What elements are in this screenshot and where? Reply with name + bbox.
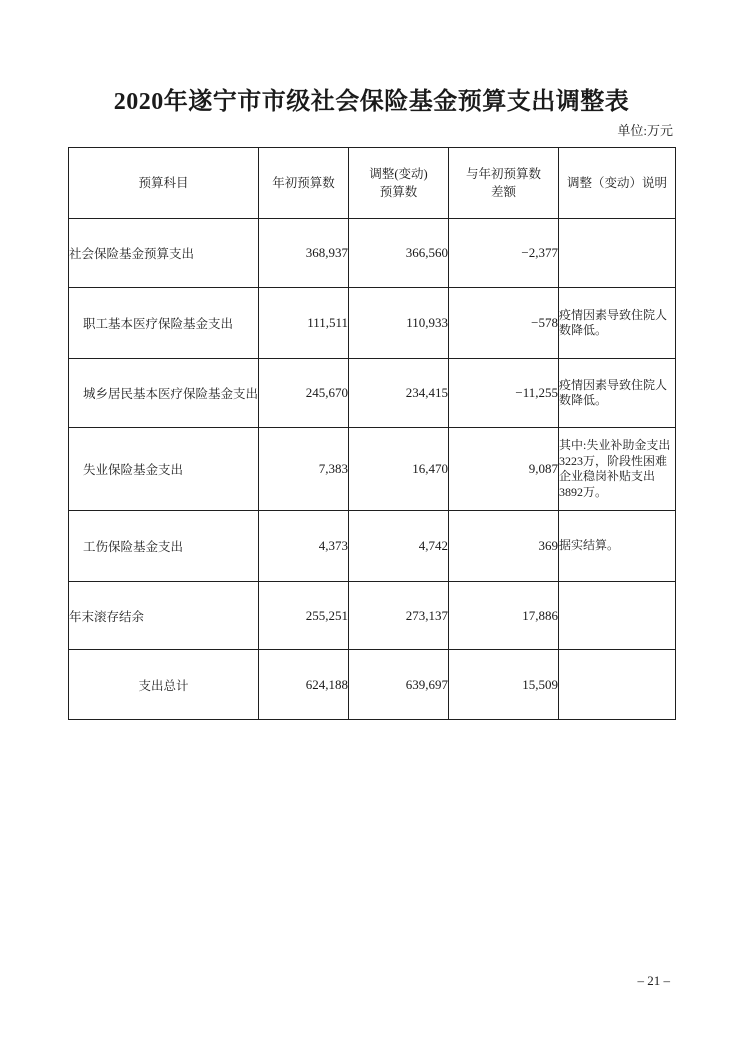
- cell-difference: −578: [449, 288, 559, 359]
- cell-note: [559, 650, 676, 720]
- budget-adjustment-table: 预算科目 年初预算数 调整(变动)预算数 与年初预算数差额 调整（变动）说明 社…: [68, 147, 676, 720]
- cell-note: 疫情因素导致住院人数降低。: [559, 359, 676, 428]
- cell-note: 据实结算。: [559, 511, 676, 582]
- table-row: 年末滚存结余 255,251 273,137 17,886: [69, 582, 676, 650]
- header-difference: 与年初预算数差额: [449, 148, 559, 219]
- header-difference-line2: 差额: [491, 185, 516, 199]
- header-item: 预算科目: [69, 148, 259, 219]
- table-row: 职工基本医疗保险基金支出 111,511 110,933 −578 疫情因素导致…: [69, 288, 676, 359]
- cell-initial-budget: 245,670: [259, 359, 349, 428]
- cell-initial-budget: 255,251: [259, 582, 349, 650]
- cell-note: [559, 219, 676, 288]
- cell-adjusted-budget: 273,137: [349, 582, 449, 650]
- header-note: 调整（变动）说明: [559, 148, 676, 219]
- cell-difference: −11,255: [449, 359, 559, 428]
- cell-adjusted-budget: 4,742: [349, 511, 449, 582]
- cell-item: 失业保险基金支出: [69, 428, 259, 511]
- cell-note: 其中:失业补助金支出3223万，阶段性困难企业稳岗补贴支出3892万。: [559, 428, 676, 511]
- table-row: 工伤保险基金支出 4,373 4,742 369 据实结算。: [69, 511, 676, 582]
- cell-adjusted-budget: 110,933: [349, 288, 449, 359]
- cell-difference: 369: [449, 511, 559, 582]
- header-adjusted-line1: 调整(变动): [369, 167, 427, 181]
- cell-initial-budget: 111,511: [259, 288, 349, 359]
- cell-item: 职工基本医疗保险基金支出: [69, 288, 259, 359]
- cell-adjusted-budget: 16,470: [349, 428, 449, 511]
- cell-adjusted-budget: 234,415: [349, 359, 449, 428]
- header-difference-line1: 与年初预算数: [466, 167, 541, 181]
- cell-item: 支出总计: [69, 650, 259, 720]
- cell-note: [559, 582, 676, 650]
- cell-initial-budget: 368,937: [259, 219, 349, 288]
- cell-item: 年末滚存结余: [69, 582, 259, 650]
- page-title: 2020年遂宁市市级社会保险基金预算支出调整表: [68, 81, 675, 116]
- unit-label: 单位:万元: [68, 120, 673, 139]
- table-row: 社会保险基金预算支出 368,937 366,560 −2,377: [69, 219, 676, 288]
- cell-difference: 17,886: [449, 582, 559, 650]
- header-adjusted-budget: 调整(变动)预算数: [349, 148, 449, 219]
- cell-item: 社会保险基金预算支出: [69, 219, 259, 288]
- table-row: 支出总计 624,188 639,697 15,509: [69, 650, 676, 720]
- page-number: – 21 –: [0, 973, 670, 989]
- cell-difference: −2,377: [449, 219, 559, 288]
- cell-difference: 9,087: [449, 428, 559, 511]
- cell-difference: 15,509: [449, 650, 559, 720]
- cell-item: 城乡居民基本医疗保险基金支出: [69, 359, 259, 428]
- cell-item: 工伤保险基金支出: [69, 511, 259, 582]
- table-header-row: 预算科目 年初预算数 调整(变动)预算数 与年初预算数差额 调整（变动）说明: [69, 148, 676, 219]
- cell-initial-budget: 4,373: [259, 511, 349, 582]
- cell-initial-budget: 7,383: [259, 428, 349, 511]
- cell-adjusted-budget: 366,560: [349, 219, 449, 288]
- table-row: 失业保险基金支出 7,383 16,470 9,087 其中:失业补助金支出32…: [69, 428, 676, 511]
- table-row: 城乡居民基本医疗保险基金支出 245,670 234,415 −11,255 疫…: [69, 359, 676, 428]
- cell-initial-budget: 624,188: [259, 650, 349, 720]
- header-adjusted-line2: 预算数: [380, 185, 418, 199]
- header-initial-budget: 年初预算数: [259, 148, 349, 219]
- cell-adjusted-budget: 639,697: [349, 650, 449, 720]
- cell-note: 疫情因素导致住院人数降低。: [559, 288, 676, 359]
